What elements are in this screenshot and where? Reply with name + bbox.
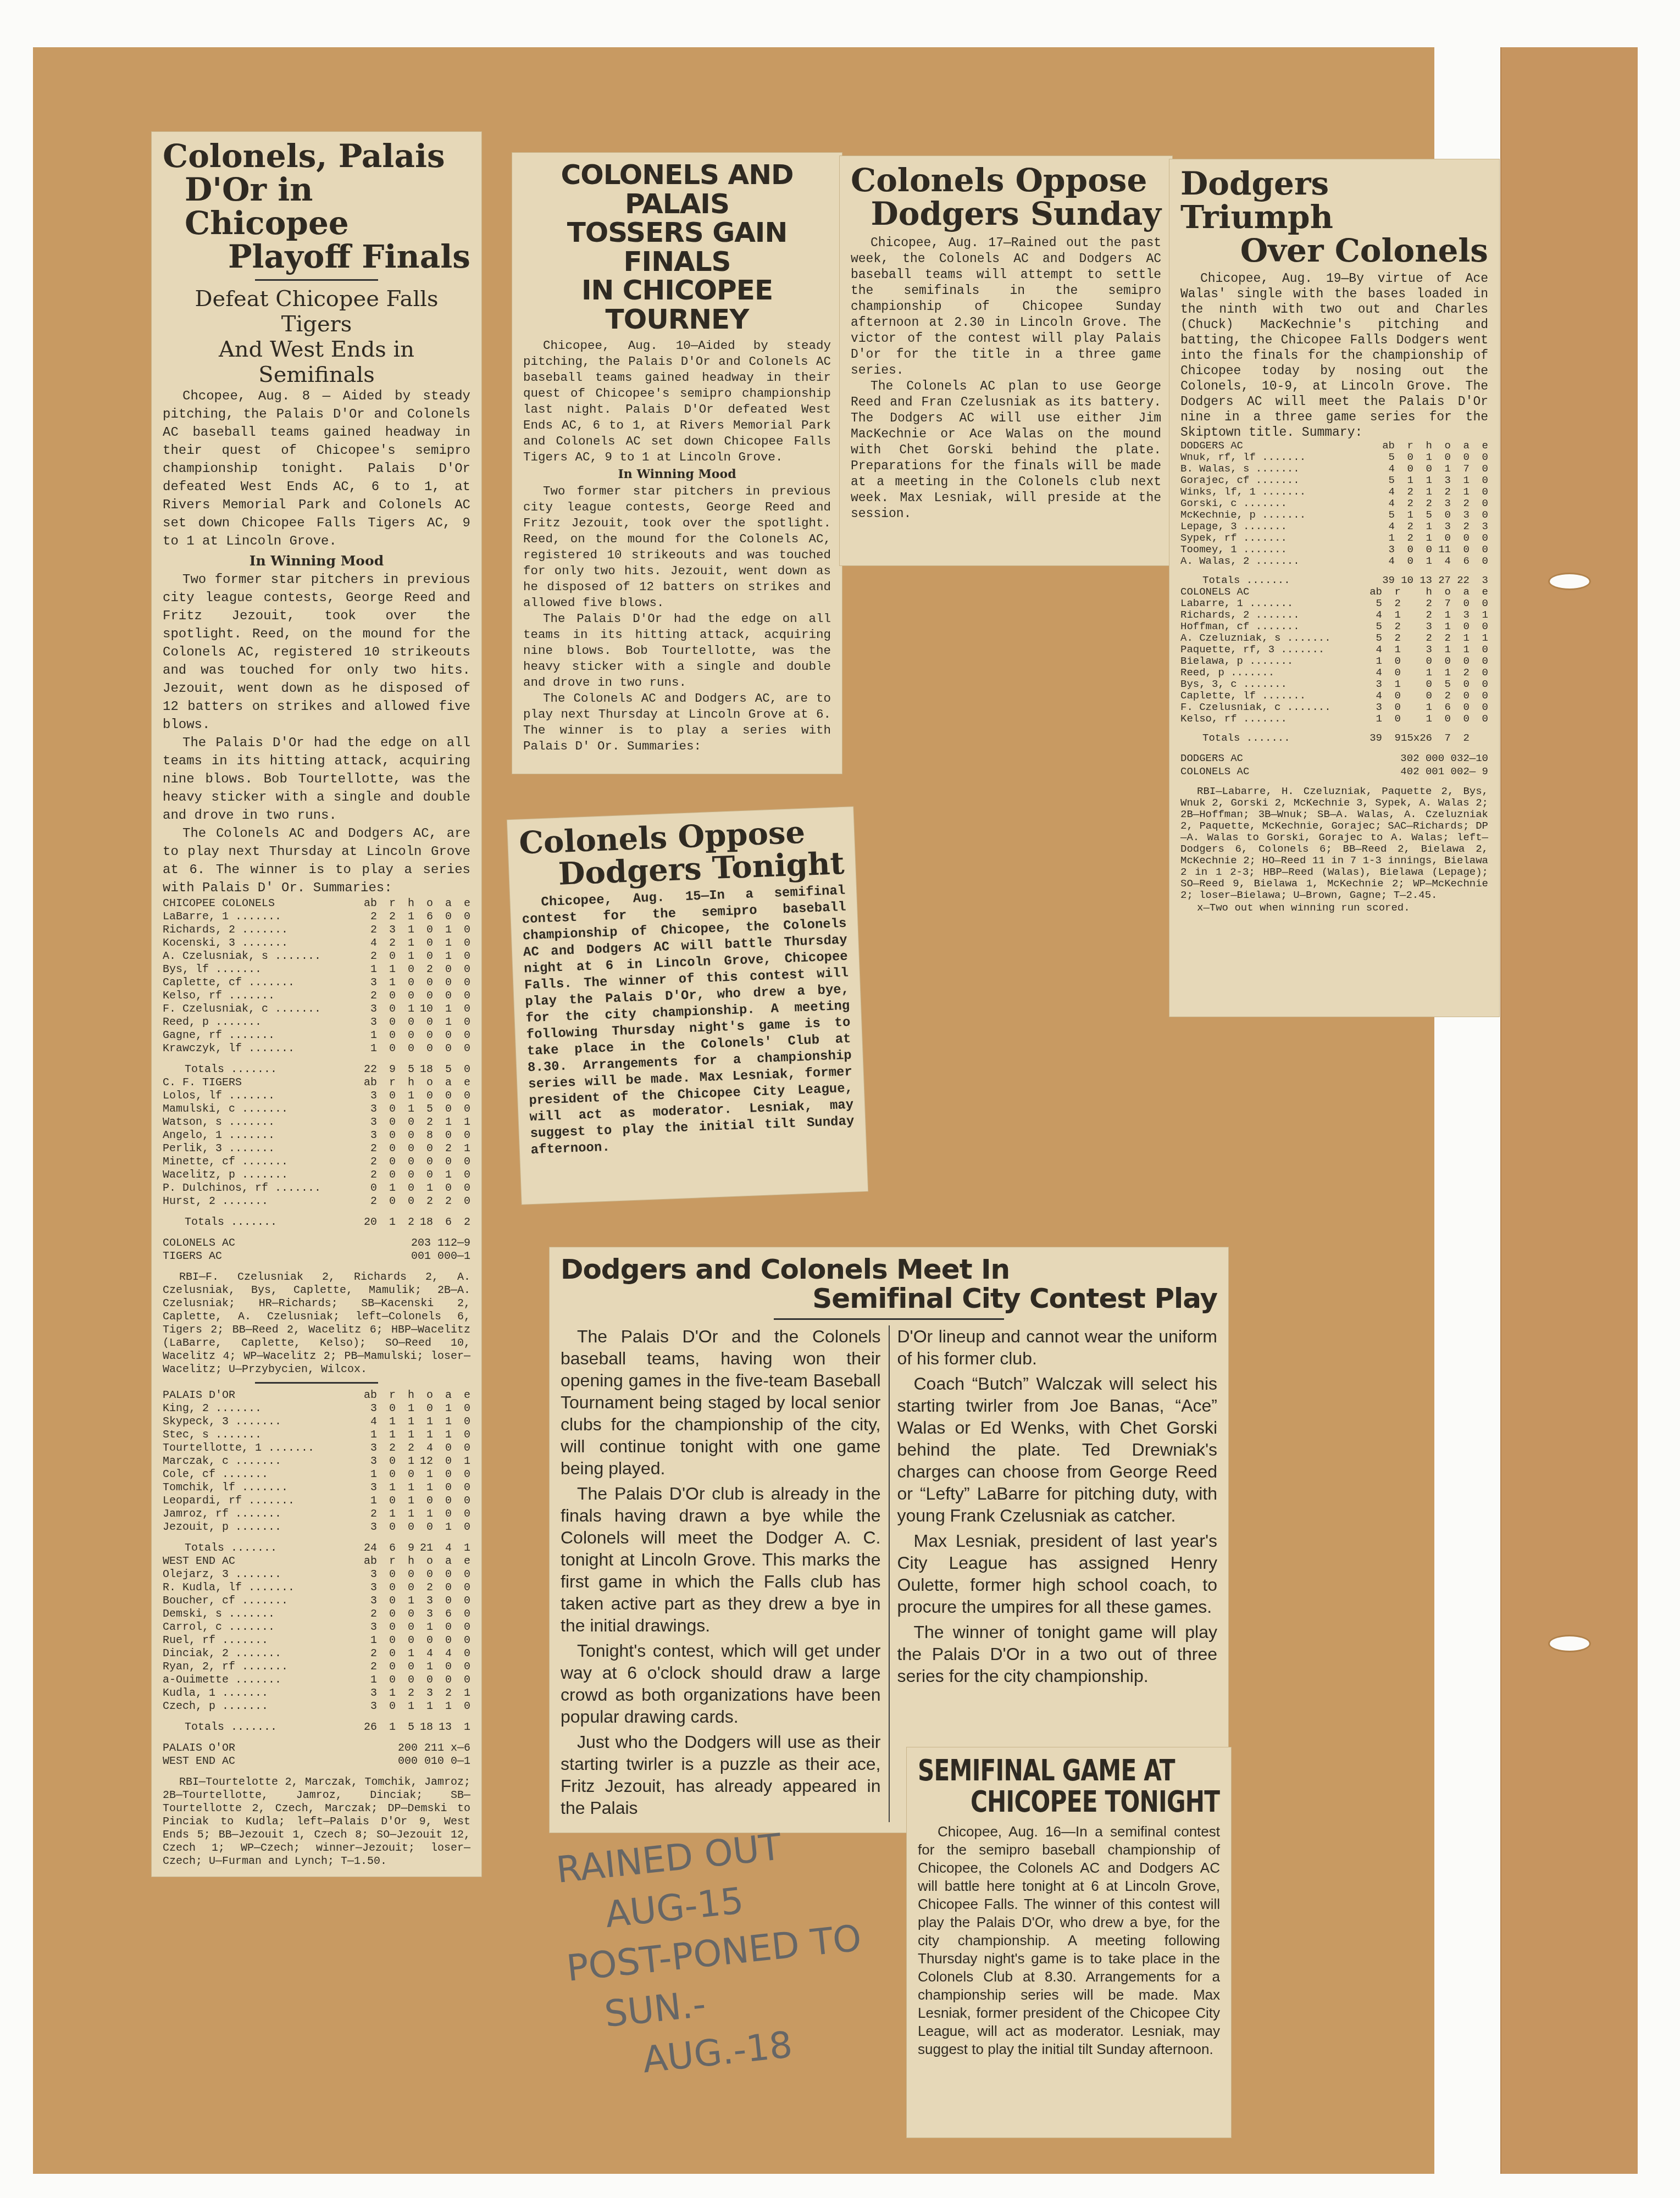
box-score-tigers: C. F. TIGERSabrhoaeLolos, lf .......3010…	[163, 1076, 470, 1229]
box-score-colonels: COLONELS ACabrhoaeLabarre, 1 .......5227…	[1180, 586, 1488, 744]
player-row: Cole, cf .......100100	[163, 1468, 470, 1481]
paragraph: The Colonels AC and Dodgers AC, are to p…	[523, 691, 831, 754]
article-body: Chicopee, Aug. 17—Rained out the past we…	[851, 235, 1161, 522]
totals-row: Totals .......24692141	[163, 1534, 470, 1555]
paragraph: Chicopee, Aug. 19—By virtue of Ace Walas…	[1180, 271, 1488, 440]
footnote: a—Struck out for Ryan in 9th.	[163, 1876, 470, 1877]
player-row: Boucher, cf .......301300	[163, 1595, 470, 1608]
player-row: Czech, p .......301110	[163, 1700, 470, 1713]
headline: Colonels, Palais D'Or in Chicopee Playof…	[163, 140, 470, 274]
header-row: CHICOPEE COLONELSabrhoae	[163, 897, 470, 911]
player-row: Kelso, rf .......101000	[1180, 713, 1488, 725]
player-row: R. Kudla, lf .......300200	[163, 1581, 470, 1595]
player-row: Tomchik, lf .......311100	[163, 1481, 470, 1495]
headline-line: SEMIFINAL GAME AT	[918, 1755, 1219, 1786]
divider	[255, 279, 378, 281]
headline-line: IN CHICOPEE TOURNEY	[523, 276, 831, 334]
player-row: Hurst, 2 .......200220	[163, 1195, 470, 1208]
player-row: Gorajec, cf .......511310	[1180, 475, 1488, 486]
player-row: Marczak, c .......3011201	[163, 1455, 470, 1468]
headline: Dodgers and Colonels Meet In Semifinal C…	[561, 1255, 1217, 1313]
headline-line: COLONELS AND PALAIS	[523, 160, 831, 218]
clipping-semifinal-game-chicopee: SEMIFINAL GAME AT CHICOPEE TONIGHT Chico…	[907, 1747, 1231, 2138]
paragraph: Two former star pitchers in previous cit…	[523, 484, 831, 611]
player-row: Angelo, 1 .......300800	[163, 1129, 470, 1142]
line-score-row: TIGERS AC001 000—1	[163, 1250, 470, 1263]
player-row: Labarre, 1 .......522700	[1180, 598, 1488, 609]
totals-row: Totals .......261518131	[163, 1713, 470, 1734]
player-row: Bys, 3, c .......310500	[1180, 679, 1488, 690]
player-row: Krawczyk, lf .......100000	[163, 1042, 470, 1056]
game-notes: RBI—F. Czelusniak 2, Richards 2, A. Czel…	[163, 1271, 470, 1376]
header-row: COLONELS ACabrhoae	[1180, 586, 1488, 598]
clipping-colonels-palais-tossers: COLONELS AND PALAIS TOSSERS GAIN FINALS …	[512, 153, 842, 774]
paragraph: The Colonels AC and Dodgers AC, are to p…	[163, 825, 470, 897]
headline: Colonels Oppose Dodgers Sunday	[851, 164, 1161, 231]
player-row: Tourtellotte, 1 .......322400	[163, 1442, 470, 1455]
box-score-palais-dor: PALAIS D'ORabrhoaeKing, 2 .......301010S…	[163, 1389, 470, 1555]
player-row: Richards, 2 .......412131	[1180, 609, 1488, 621]
game-notes: RBI—Labarre, H. Czeluzniak, Paquette 2, …	[1180, 786, 1488, 901]
player-row: King, 2 .......301010	[163, 1402, 470, 1416]
line-score: COLONELS AC203 112—9 TIGERS AC001 000—1	[163, 1237, 470, 1263]
player-row: B. Walas, s .......400170	[1180, 463, 1488, 475]
headline-line: D'Or in Chicopee	[163, 173, 470, 240]
article-column-left: The Palais D'Or and the Colonels basebal…	[561, 1325, 881, 1822]
player-row: Lepage, 3 .......421323	[1180, 521, 1488, 532]
headline-line: Colonels Oppose	[851, 164, 1161, 197]
player-row: Kocenski, 3 .......421010	[163, 937, 470, 950]
headline-line: TOSSERS GAIN FINALS	[523, 218, 831, 276]
headline: Dodgers Triumph Over Colonels	[1180, 167, 1488, 268]
player-row: Gorski, c .......422320	[1180, 498, 1488, 509]
player-row: Bielawa, p .......100000	[1180, 656, 1488, 667]
paragraph: The Palais D'Or and the Colonels basebal…	[561, 1325, 881, 1479]
player-row: Wacelitz, p .......200010	[163, 1169, 470, 1182]
clipping-dodgers-triumph: Dodgers Triumph Over Colonels Chicopee, …	[1169, 159, 1499, 1017]
headline-line: CHICOPEE TONIGHT	[918, 1786, 1219, 1818]
line-score-row: COLONELS AC203 112—9	[163, 1237, 470, 1250]
paragraph: Max Lesniak, president of last year's Ci…	[897, 1530, 1218, 1618]
handwritten-note: RAINED OUT AUG-15 POST-PONED TO SUN.- AU…	[554, 1815, 874, 2092]
paragraph: Chicopee, Aug. 17—Rained out the past we…	[851, 235, 1161, 379]
player-row: Sypek, rf .......121000	[1180, 532, 1488, 544]
totals-row: Totals .......20121862	[163, 1208, 470, 1229]
subhead: In Winning Mood	[163, 552, 470, 570]
divider	[255, 1382, 378, 1384]
player-row: Ryan, 2, rf .......200100	[163, 1661, 470, 1674]
line-score-row: PALAIS O'OR200 211 x—6	[163, 1742, 470, 1755]
player-row: Stec, s .......111110	[163, 1429, 470, 1442]
player-row: Lolos, lf .......301000	[163, 1090, 470, 1103]
totals-row: Totals .......39915x2672	[1180, 725, 1488, 744]
paragraph: Just who the Dodgers will use as their s…	[561, 1731, 881, 1819]
clipping-colonels-palais-playoff-finals: Colonels, Palais D'Or in Chicopee Playof…	[152, 132, 481, 1877]
player-row: F. Czelusniak, c .......3011010	[163, 1003, 470, 1016]
player-row: A. Walas, 2 .......401460	[1180, 556, 1488, 567]
line-score: DODGERS AC302 000 032—10 COLONELS AC402 …	[1180, 752, 1488, 778]
player-row: LaBarre, 1 .......221600	[163, 911, 470, 924]
player-row: Mamulski, c .......301500	[163, 1103, 470, 1116]
clipping-dodgers-colonels-meet: Dodgers and Colonels Meet In Semifinal C…	[550, 1247, 1228, 1833]
player-row: Caplette, cf .......310000	[163, 976, 470, 990]
article-body: Chicopee, Aug. 15—In a semifinal contest…	[521, 882, 855, 1158]
subheadline: Defeat Chicopee Falls Tigers And West En…	[163, 286, 470, 387]
player-row: Toomey, 1 .......3001100	[1180, 544, 1488, 556]
paragraph: Two former star pitchers in previous cit…	[163, 571, 470, 734]
player-row: Caplette, lf .......400200	[1180, 690, 1488, 702]
player-row: A. Czelusniak, s .......201010	[163, 950, 470, 963]
game-notes: RBI—Tourtelotte 2, Marczak, Tomchik, Jam…	[163, 1776, 470, 1868]
divider	[774, 1318, 1003, 1320]
player-row: Reed, p .......401120	[1180, 667, 1488, 679]
article-body: Chicopee, Aug. 19—By virtue of Ace Walas…	[1180, 271, 1488, 440]
player-row: Watson, s .......300211	[163, 1116, 470, 1129]
paragraph: Chcopee, Aug. 8 — Aided by steady pitchi…	[163, 387, 470, 551]
box-score-colonels: CHICOPEE COLONELSabrhoaeLaBarre, 1 .....…	[163, 897, 470, 1076]
player-row: Perlik, 3 .......200021	[163, 1142, 470, 1156]
player-row: Jezouit, p .......300010	[163, 1521, 470, 1534]
article-body: Chicopee, Aug. 10—Aided by steady pitchi…	[523, 338, 831, 754]
headline-line: Dodgers Triumph	[1180, 167, 1488, 234]
line-score: PALAIS O'OR200 211 x—6 WEST END AC000 01…	[163, 1742, 470, 1768]
player-row: Olejarz, 3 .......300000	[163, 1568, 470, 1581]
headline: COLONELS AND PALAIS TOSSERS GAIN FINALS …	[523, 160, 831, 334]
headline-line: Colonels, Palais	[163, 140, 470, 173]
player-row: Hoffman, cf .......523100	[1180, 621, 1488, 632]
headline: SEMIFINAL GAME AT CHICOPEE TONIGHT	[918, 1755, 1219, 1817]
player-row: Gagne, rf .......100000	[163, 1029, 470, 1042]
totals-row: Totals .......22951850	[163, 1056, 470, 1076]
header-row: DODGERS ACabrhoae	[1180, 440, 1488, 452]
headline-line: Dodgers and Colonels Meet In	[561, 1255, 1217, 1284]
player-row: Paquette, rf, 3 .......413110	[1180, 644, 1488, 656]
header-row: C. F. TIGERSabrhoae	[163, 1076, 470, 1090]
header-row: PALAIS D'ORabrhoae	[163, 1389, 470, 1402]
player-row: Leopardi, rf .......101000	[163, 1495, 470, 1508]
article-body: Chicopee, Aug. 16—In a semifinal contest…	[918, 1823, 1220, 2058]
player-row: Winks, lf, 1 .......421210	[1180, 486, 1488, 498]
header-row: WEST END ACabrhoae	[163, 1555, 470, 1568]
paragraph: Chicopee, Aug. 10—Aided by steady pitchi…	[523, 338, 831, 465]
clipping-colonels-oppose-dodgers-sunday: Colonels Oppose Dodgers Sunday Chicopee,…	[840, 156, 1172, 565]
player-row: Demski, s .......200360	[163, 1608, 470, 1621]
headline: Colonels Oppose Dodgers Tonight	[518, 815, 845, 892]
player-row: a-Ouimette .......100000	[163, 1674, 470, 1687]
box-score-west-end: WEST END ACabrhoaeOlejarz, 3 .......3000…	[163, 1555, 470, 1734]
paragraph: The Palais D'Or had the edge on all team…	[163, 734, 470, 825]
line-score-row: COLONELS AC402 001 002— 9	[1180, 765, 1488, 778]
box-score-dodgers: DODGERS ACabrhoaeWnuk, rf, lf .......501…	[1180, 440, 1488, 586]
paragraph: The Palais D'Or club is already in the f…	[561, 1483, 881, 1636]
subheadline-line: And West Ends in	[163, 337, 470, 362]
line-score-row: WEST END AC000 010 0—1	[163, 1755, 470, 1768]
player-row: Richards, 2 .......231010	[163, 924, 470, 937]
player-row: McKechnie, p .......515030	[1180, 509, 1488, 521]
player-row: Kelso, rf .......200000	[163, 990, 470, 1003]
paragraph: Chicopee, Aug. 15—In a semifinal contest…	[521, 882, 855, 1158]
player-row: F. Czelusniak, c .......301600	[1180, 702, 1488, 713]
player-row: Ruel, rf .......100000	[163, 1634, 470, 1647]
paragraph: The Colonels AC plan to use George Reed …	[851, 379, 1161, 522]
subheadline-line: Defeat Chicopee Falls Tigers	[163, 286, 470, 337]
player-row: Jamroz, rf .......211100	[163, 1508, 470, 1521]
paragraph: The Palais D'Or had the edge on all team…	[523, 611, 831, 691]
line-score-row: DODGERS AC302 000 032—10	[1180, 752, 1488, 765]
headline-line: Dodgers Sunday	[851, 197, 1161, 231]
subheadline-line: Semifinals	[163, 362, 470, 387]
paragraph: Coach “Butch” Walczak will select his st…	[897, 1373, 1218, 1527]
clipping-colonels-oppose-dodgers-tonight: Colonels Oppose Dodgers Tonight Chicopee…	[507, 807, 868, 1205]
player-row: A. Czeluzniak, s .......522211	[1180, 632, 1488, 644]
player-row: Kudla, 1 .......312321	[163, 1687, 470, 1700]
footnote: x—Two out when winning run scored.	[1180, 902, 1488, 914]
binding-flap	[1500, 47, 1638, 2174]
paragraph: The winner of tonight game will play the…	[897, 1621, 1218, 1687]
paragraph: Tonight's contest, which will get under …	[561, 1640, 881, 1728]
player-row: Minette, cf .......200000	[163, 1156, 470, 1169]
player-row: Dinciak, 2 .......201440	[163, 1647, 470, 1661]
headline-line: Over Colonels	[1180, 234, 1488, 268]
player-row: Bys, lf .......110200	[163, 963, 470, 976]
column-rule	[889, 1325, 890, 1822]
headline-line: Semifinal City Contest Play	[561, 1284, 1217, 1313]
paragraph: D'Or lineup and cannot wear the uniform …	[897, 1325, 1218, 1369]
binder-hole-bottom	[1550, 1636, 1589, 1651]
binder-hole-top	[1550, 574, 1589, 589]
totals-row: Totals .......39101327223	[1180, 567, 1488, 586]
subhead: In Winning Mood	[523, 467, 831, 482]
player-row: Wnuk, rf, lf .......501000	[1180, 452, 1488, 463]
player-row: P. Dulchinos, rf .......010100	[163, 1182, 470, 1195]
paragraph: Chicopee, Aug. 16—In a semifinal contest…	[918, 1823, 1220, 2058]
player-row: Reed, p .......300010	[163, 1016, 470, 1029]
headline-line: Playoff Finals	[163, 240, 470, 274]
article-body: Chcopee, Aug. 8 — Aided by steady pitchi…	[163, 387, 470, 897]
player-row: Carrol, c .......300100	[163, 1621, 470, 1634]
player-row: Skypeck, 3 .......411110	[163, 1416, 470, 1429]
